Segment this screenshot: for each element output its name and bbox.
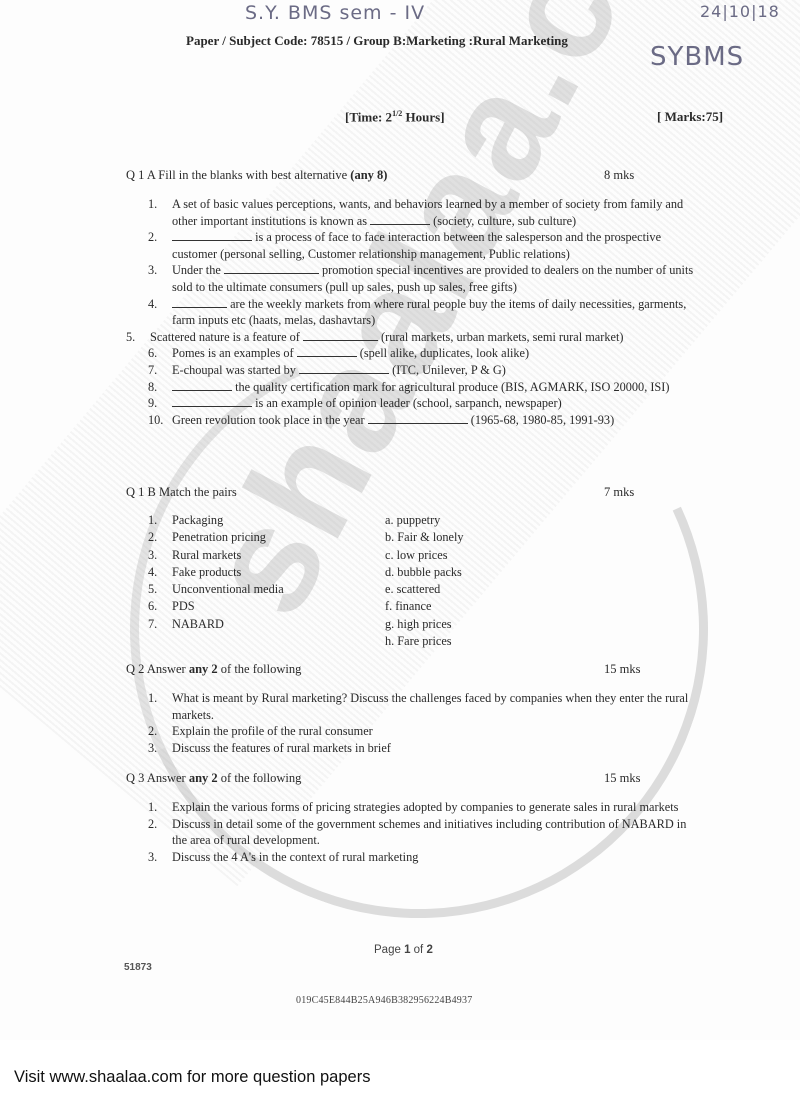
match-left-item: 4.Fake products xyxy=(148,564,378,581)
item-number: 2. xyxy=(148,816,157,833)
site-footer: Visit www.shaalaa.com for more question … xyxy=(0,1040,800,1110)
item-number: 7. xyxy=(148,616,157,633)
item-number: 2. xyxy=(148,529,157,546)
item-text-after: (society, culture, sub culture) xyxy=(430,214,576,228)
item-number: 3. xyxy=(148,262,157,279)
item-text: PDS xyxy=(172,599,195,613)
item-number: 4. xyxy=(148,296,157,313)
item-text-after: (rural markets, urban markets, semi rura… xyxy=(378,330,624,344)
item-text-after: (1965-68, 1980-85, 1991-93) xyxy=(468,413,615,427)
item-text: Rural markets xyxy=(172,548,241,562)
q2-title-suffix: of the following xyxy=(218,662,302,676)
page-prefix: Page xyxy=(374,944,404,956)
answer-blank xyxy=(370,213,430,225)
match-left-column: 1.Packaging2.Penetration pricing3.Rural … xyxy=(148,512,378,633)
q2-question-item: 3.Discuss the features of rural markets … xyxy=(148,740,703,757)
handwritten-date: 24|10|18 xyxy=(700,2,780,21)
fill-blank-item: 3.Under the promotion special incentives… xyxy=(148,262,703,295)
handwritten-class-note: S.Y. BMS sem - IV xyxy=(245,2,425,24)
answer-blank xyxy=(172,395,252,407)
item-number: 9. xyxy=(148,395,157,412)
item-number: 1. xyxy=(148,196,157,213)
time-prefix: [Time: 2 xyxy=(345,109,392,124)
time-suffix: Hours] xyxy=(402,109,444,124)
item-text-after: (spell alike, duplicates, look alike) xyxy=(357,346,529,360)
handwritten-sybms: SYBMS xyxy=(650,42,744,72)
item-text-before: E-choupal was started by xyxy=(172,363,299,377)
answer-blank xyxy=(297,345,357,357)
answer-blank xyxy=(299,362,389,374)
item-number: 2. xyxy=(148,723,157,740)
item-number: 7. xyxy=(148,362,157,379)
paper-code-heading: Paper / Subject Code: 78515 / Group B:Ma… xyxy=(186,33,568,49)
match-right-item: h. Fare prices xyxy=(385,633,585,650)
total-marks: [ Marks:75] xyxy=(657,109,723,125)
item-number: 5. xyxy=(148,581,157,598)
page-total: 2 xyxy=(426,944,432,956)
q1a-list: 1.A set of basic values perceptions, wan… xyxy=(148,196,703,428)
q3-title-prefix: Q 3 Answer xyxy=(126,771,189,785)
item-text-before: Under the xyxy=(172,263,224,277)
q3-question-item: 3.Discuss the 4 A's in the context of ru… xyxy=(148,849,703,866)
item-text-before: Scattered nature is a feature of xyxy=(150,330,303,344)
fill-blank-item: 8. the quality certification mark for ag… xyxy=(148,379,703,396)
answer-blank xyxy=(303,329,378,341)
fill-blank-item: 10.Green revolution took place in the ye… xyxy=(148,412,703,429)
q3-marks: 15 mks xyxy=(604,771,640,786)
q2-question-item: 1.What is meant by Rural marketing? Disc… xyxy=(148,690,703,723)
q1b-marks: 7 mks xyxy=(604,485,634,500)
match-left-item: 1.Packaging xyxy=(148,512,378,529)
item-text: Packaging xyxy=(172,513,223,527)
q3-heading: Q 3 Answer any 2 of the following 15 mks xyxy=(126,771,646,786)
page-of: of xyxy=(410,944,426,956)
match-left-item: 5.Unconventional media xyxy=(148,581,378,598)
answer-blank xyxy=(172,296,227,308)
page-number: Page 1 of 2 xyxy=(374,944,433,956)
match-right-item: e. scattered xyxy=(385,581,585,598)
item-text: Explain the various forms of pricing str… xyxy=(172,800,678,814)
fill-blank-item: 1.A set of basic values perceptions, wan… xyxy=(148,196,703,229)
item-number: 6. xyxy=(148,345,157,362)
fill-blank-item: 2. is a process of face to face interact… xyxy=(148,229,703,262)
q1b-title: Q 1 B Match the pairs xyxy=(126,485,237,499)
match-left-item: 2.Penetration pricing xyxy=(148,529,378,546)
item-text: NABARD xyxy=(172,617,224,631)
q2-list: 1.What is meant by Rural marketing? Disc… xyxy=(148,690,703,756)
exam-duration: [Time: 21/2 Hours] xyxy=(345,109,445,125)
item-text: Discuss the features of rural markets in… xyxy=(172,741,391,755)
item-number: 1. xyxy=(148,690,157,707)
q1a-title: Q 1 A Fill in the blanks with best alter… xyxy=(126,168,350,182)
site-footer-link[interactable]: Visit www.shaalaa.com for more question … xyxy=(14,1068,370,1087)
time-fraction-numerator: 1 xyxy=(392,109,396,118)
item-text-after: (ITC, Unilever, P & G) xyxy=(389,363,506,377)
item-text: Penetration pricing xyxy=(172,530,266,544)
item-text: Unconventional media xyxy=(172,582,284,596)
q2-marks: 15 mks xyxy=(604,662,640,677)
fill-blank-item: 6.Pomes is an examples of (spell alike, … xyxy=(148,345,703,362)
item-number: 6. xyxy=(148,598,157,615)
question-paper-page: shaalaa.com S.Y. BMS sem - IV 24|10|18 S… xyxy=(0,0,800,1040)
fill-blank-item: 7.E-choupal was started by (ITC, Unileve… xyxy=(148,362,703,379)
answer-blank xyxy=(172,229,252,241)
fill-blank-item: 4. are the weekly markets from where rur… xyxy=(148,296,703,329)
q1a-heading: Q 1 A Fill in the blanks with best alter… xyxy=(126,168,646,183)
item-text: Discuss the 4 A's in the context of rura… xyxy=(172,850,418,864)
answer-blank xyxy=(368,412,468,424)
item-text: Fake products xyxy=(172,565,241,579)
item-text-after: is an example of opinion leader (school,… xyxy=(252,396,562,410)
match-right-column: a. puppetryb. Fair & lonelyc. low prices… xyxy=(385,512,585,650)
match-left-item: 3.Rural markets xyxy=(148,547,378,564)
exam-code: 51873 xyxy=(124,962,152,973)
item-number: 8. xyxy=(148,379,157,396)
q3-title-bold: any 2 xyxy=(189,771,218,785)
item-number: 4. xyxy=(148,564,157,581)
item-number: 2. xyxy=(148,229,157,246)
match-left-item: 7.NABARD xyxy=(148,616,378,633)
item-number: 10. xyxy=(148,412,163,429)
item-text-before: Pomes is an examples of xyxy=(172,346,297,360)
item-number: 5. xyxy=(126,329,135,346)
item-text-after: the quality certification mark for agric… xyxy=(232,380,669,394)
match-right-item: d. bubble packs xyxy=(385,564,585,581)
q3-list: 1.Explain the various forms of pricing s… xyxy=(148,799,703,865)
match-right-item: c. low prices xyxy=(385,547,585,564)
item-text: What is meant by Rural marketing? Discus… xyxy=(172,691,688,722)
q2-heading: Q 2 Answer any 2 of the following 15 mks xyxy=(126,662,646,677)
q2-title-bold: any 2 xyxy=(189,662,218,676)
q2-title-prefix: Q 2 Answer xyxy=(126,662,189,676)
q3-question-item: 2.Discuss in detail some of the governme… xyxy=(148,816,703,849)
paper-hash: 019C45E844B25A946B382956224B4937 xyxy=(296,995,472,1006)
match-right-item: b. Fair & lonely xyxy=(385,529,585,546)
q1a-marks: 8 mks xyxy=(604,168,634,183)
answer-blank xyxy=(172,379,232,391)
answer-blank xyxy=(224,262,319,274)
match-right-item: f. finance xyxy=(385,598,585,615)
match-left-item: 6.PDS xyxy=(148,598,378,615)
item-number: 1. xyxy=(148,799,157,816)
q1a-title-bold: (any 8) xyxy=(350,168,387,182)
item-number: 3. xyxy=(148,547,157,564)
item-number: 3. xyxy=(148,849,157,866)
q3-title-suffix: of the following xyxy=(218,771,302,785)
item-number: 1. xyxy=(148,512,157,529)
q2-question-item: 2.Explain the profile of the rural consu… xyxy=(148,723,703,740)
item-text-after: are the weekly markets from where rural … xyxy=(172,297,686,328)
fill-blank-item: 5.Scattered nature is a feature of (rura… xyxy=(126,329,703,346)
item-text: Explain the profile of the rural consume… xyxy=(172,724,373,738)
q1b-heading: Q 1 B Match the pairs 7 mks xyxy=(126,485,646,500)
item-text-before: Green revolution took place in the year xyxy=(172,413,368,427)
item-number: 3. xyxy=(148,740,157,757)
q3-question-item: 1.Explain the various forms of pricing s… xyxy=(148,799,703,816)
fill-blank-item: 9. is an example of opinion leader (scho… xyxy=(148,395,703,412)
item-text: Discuss in detail some of the government… xyxy=(172,817,686,848)
match-right-item: a. puppetry xyxy=(385,512,585,529)
match-right-item: g. high prices xyxy=(385,616,585,633)
